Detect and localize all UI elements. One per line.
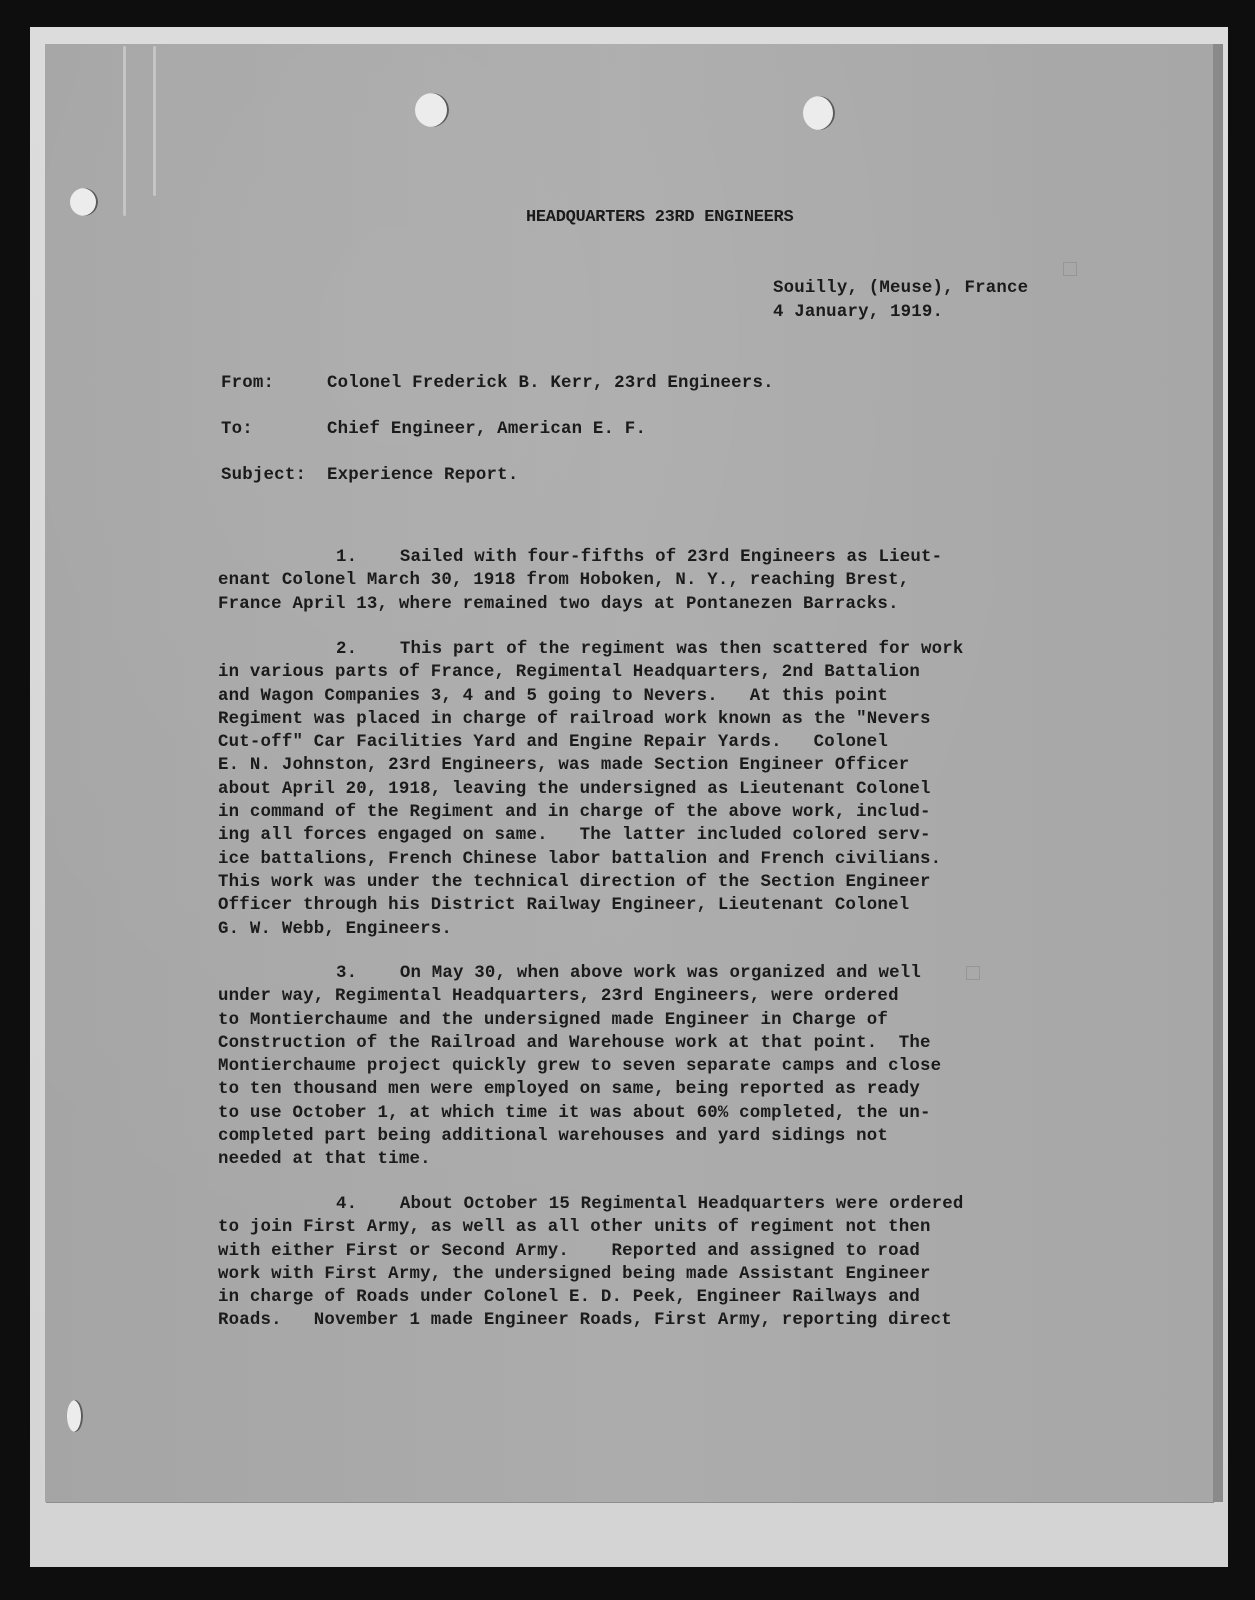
paragraph-1: 1. Sailed with four-fifths of 23rd Engin… (218, 546, 1018, 616)
paragraph-line: work with First Army, the undersigned be… (218, 1263, 1018, 1286)
paragraph-line: to join First Army, as well as all other… (218, 1216, 1018, 1239)
subject-value: Experience Report. (327, 464, 518, 487)
paragraph-line: enant Colonel March 30, 1918 from Hoboke… (218, 569, 1018, 592)
subject-label: Subject: (221, 464, 306, 487)
paragraph-number: 4. (336, 1195, 357, 1214)
place: Souilly, (Meuse), France (773, 277, 1028, 300)
paragraph-line: in charge of Roads under Colonel E. D. P… (218, 1286, 1018, 1309)
paragraph-4: 4. About October 15 Regimental Headquart… (218, 1193, 1018, 1333)
from-value: Colonel Frederick B. Kerr, 23rd Engineer… (327, 372, 774, 395)
paragraph-line: with either First or Second Army. Report… (218, 1240, 1018, 1263)
letter-body: HEADQUARTERS 23RD ENGINEERS Souilly, (Me… (0, 0, 1255, 1600)
paragraph-line: 1. Sailed with four-fifths of 23rd Engin… (218, 546, 1018, 569)
paragraph-3: 3. On May 30, when above work was organi… (218, 962, 1018, 1172)
paragraph-line: to ten thousand men were employed on sam… (218, 1078, 1018, 1101)
paragraph-line: in command of the Regiment and in charge… (218, 801, 1018, 824)
paragraph-number: 2. (336, 640, 357, 659)
paragraph-line: ice battalions, French Chinese labor bat… (218, 848, 1018, 871)
paragraph-line: 2. This part of the regiment was then sc… (218, 638, 1018, 661)
letterhead: HEADQUARTERS 23RD ENGINEERS (526, 206, 793, 229)
scanned-document: HEADQUARTERS 23RD ENGINEERS Souilly, (Me… (0, 0, 1255, 1600)
paragraph-line: Roads. November 1 made Engineer Roads, F… (218, 1309, 1018, 1332)
paragraph-line: ing all forces engaged on same. The latt… (218, 824, 1018, 847)
paragraph-line: G. W. Webb, Engineers. (218, 918, 1018, 941)
date: 4 January, 1919. (773, 301, 943, 324)
paragraph-line: Officer through his District Railway Eng… (218, 894, 1018, 917)
paragraph-line: and Wagon Companies 3, 4 and 5 going to … (218, 685, 1018, 708)
paragraph-line: Regiment was placed in charge of railroa… (218, 708, 1018, 731)
paragraph-line: to use October 1, at which time it was a… (218, 1102, 1018, 1125)
to-label: To: (221, 418, 253, 441)
paragraph-line: in various parts of France, Regimental H… (218, 661, 1018, 684)
paragraph-line: to Montierchaume and the undersigned mad… (218, 1009, 1018, 1032)
paragraph-line: completed part being additional warehous… (218, 1125, 1018, 1148)
paragraph-2: 2. This part of the regiment was then sc… (218, 638, 1018, 941)
paragraph-line: Montierchaume project quickly grew to se… (218, 1055, 1018, 1078)
from-label: From: (221, 372, 274, 395)
paragraph-line: 3. On May 30, when above work was organi… (218, 962, 1018, 985)
paragraph-line: France April 13, where remained two days… (218, 593, 1018, 616)
paragraph-line: Cut-off" Car Facilities Yard and Engine … (218, 731, 1018, 754)
paragraph-line: about April 20, 1918, leaving the unders… (218, 778, 1018, 801)
paragraph-line: 4. About October 15 Regimental Headquart… (218, 1193, 1018, 1216)
paragraph-line: Construction of the Railroad and Warehou… (218, 1032, 1018, 1055)
paragraph-number: 3. (336, 964, 357, 983)
paragraph-line: needed at that time. (218, 1148, 1018, 1171)
paragraph-line: E. N. Johnston, 23rd Engineers, was made… (218, 754, 1018, 777)
paragraph-number: 1. (336, 548, 357, 567)
paragraph-line: under way, Regimental Headquarters, 23rd… (218, 985, 1018, 1008)
to-value: Chief Engineer, American E. F. (327, 418, 646, 441)
paragraph-line: This work was under the technical direct… (218, 871, 1018, 894)
